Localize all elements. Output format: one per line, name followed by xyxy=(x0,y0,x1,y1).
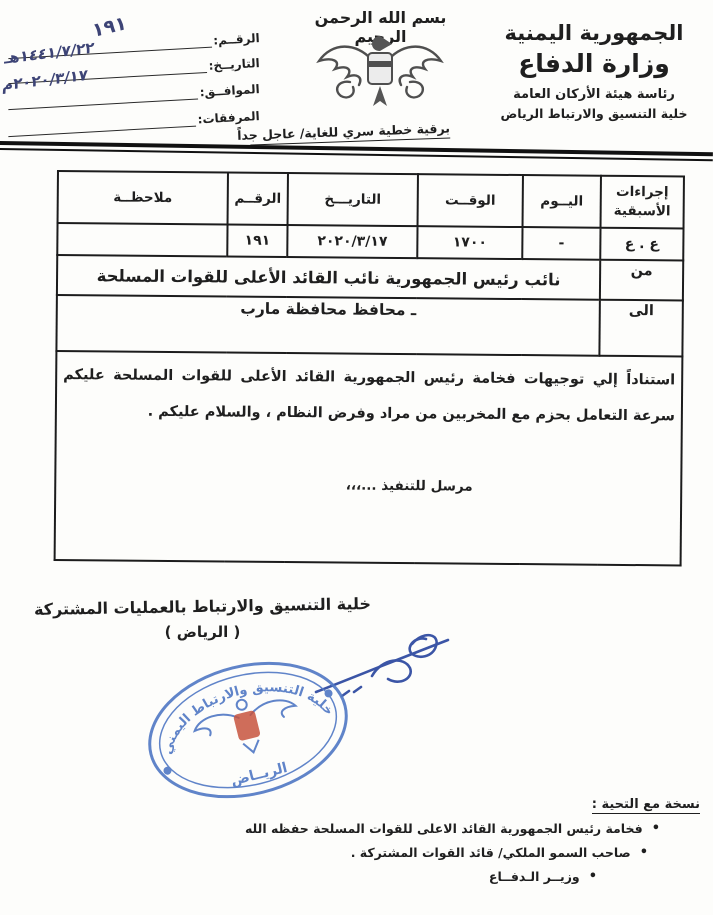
number-value: ١٩١ xyxy=(227,224,287,257)
field-attachments: المرفقات: xyxy=(8,108,260,137)
col-note: ملاحظــة xyxy=(58,171,228,224)
field-attachments-label: المرفقات: xyxy=(197,109,260,126)
letterhead: الجمهورية اليمنية وزارة الدفاع رئاسة هيئ… xyxy=(485,20,703,121)
letterhead-ministry: وزارة الدفاع xyxy=(485,48,703,79)
col-precedence: إجراءات الأسبقية xyxy=(601,176,684,229)
copy-recipient-president: • فخامة رئيس الجمهورية القائد الاعلى للق… xyxy=(230,821,700,838)
bullet-icon: • xyxy=(640,845,648,861)
col-date: التاريـــخ xyxy=(288,173,418,226)
letterhead-cell: خلية التنسيق والارتباط الرياض xyxy=(485,106,703,122)
col-number: الرقــم xyxy=(228,172,288,225)
date-value: ٢٠٢٠/٣/١٧ xyxy=(287,225,417,258)
day-value: - xyxy=(522,227,600,260)
field-date-greg-label: الموافــق: xyxy=(199,82,260,99)
copy-recipient-joint-forces-commander: • صاحب السمو الملكي/ قائد القوات المشترك… xyxy=(230,845,700,862)
field-number-label: الرقــم: xyxy=(213,31,260,48)
yemen-eagle-emblem-icon xyxy=(312,28,448,116)
precedence-value: ع . ع xyxy=(600,228,683,261)
field-date-hijri-label: التاريــخ: xyxy=(208,56,260,73)
body-row: استناداً إلي توجيهات فخامة رئيس الجمهوري… xyxy=(55,351,683,565)
field-attachments-line xyxy=(8,112,197,137)
classification-line: برقية خطية سري للغاية/ عاجل جداً xyxy=(250,121,451,146)
table-header-row: إجراءات الأسبقية اليــوم الوقــت التاريـ… xyxy=(58,171,684,228)
telegram-table: إجراءات الأسبقية اليــوم الوقــت التاريـ… xyxy=(54,170,685,566)
col-time: الوقــت xyxy=(418,174,523,227)
stamp-bottom-text: الريــاض xyxy=(229,760,289,789)
recipient-text: فخامة رئيس الجمهورية القائد الاعلى للقوا… xyxy=(245,821,643,838)
from-row: من نائب رئيس الجمهورية نائب القائد الأعل… xyxy=(57,255,683,300)
dispatch-note: مرسل للتنفيذ ...،،، xyxy=(60,475,676,496)
to-label: الى xyxy=(599,300,682,357)
to-row: الى ـ محافظ محافظة مارب xyxy=(56,295,682,356)
copy-distribution: نسخة مع التحية : • فخامة رئيس الجمهورية … xyxy=(230,793,700,886)
message-body: استناداً إلي توجيهات فخامة رئيس الجمهوري… xyxy=(63,358,676,434)
signing-unit-title: خلية التنسيق والارتباط بالعمليات المشترك… xyxy=(25,594,380,619)
letterhead-staff: رئاسة هيئة الأركان العامة xyxy=(485,87,703,103)
header-divider xyxy=(0,141,713,161)
recipient-text: وزيــر الـدفــاع xyxy=(489,869,580,886)
body-cell: استناداً إلي توجيهات فخامة رئيس الجمهوري… xyxy=(55,351,683,565)
to-value: ـ محافظ محافظة مارب xyxy=(56,295,599,356)
bullet-icon: • xyxy=(589,869,597,885)
letterhead-country: الجمهورية اليمنية xyxy=(485,20,703,46)
scanned-telegram-document: الرقــم: التاريــخ: الموافــق: المرفقات:… xyxy=(0,0,713,915)
copy-heading: نسخة مع التحية : xyxy=(592,797,700,814)
recipient-text: صاحب السمو الملكي/ قائد القوات المشتركة … xyxy=(351,845,631,862)
note-value xyxy=(57,223,227,256)
col-day: اليــوم xyxy=(523,175,601,228)
from-value: نائب رئيس الجمهورية نائب القائد الأعلى ل… xyxy=(57,255,600,300)
time-value: ١٧٠٠ xyxy=(417,226,522,259)
from-label: من xyxy=(600,260,683,301)
bullet-icon: • xyxy=(652,821,660,837)
copy-recipient-defense-minister: • وزيــر الـدفــاع xyxy=(230,869,700,886)
